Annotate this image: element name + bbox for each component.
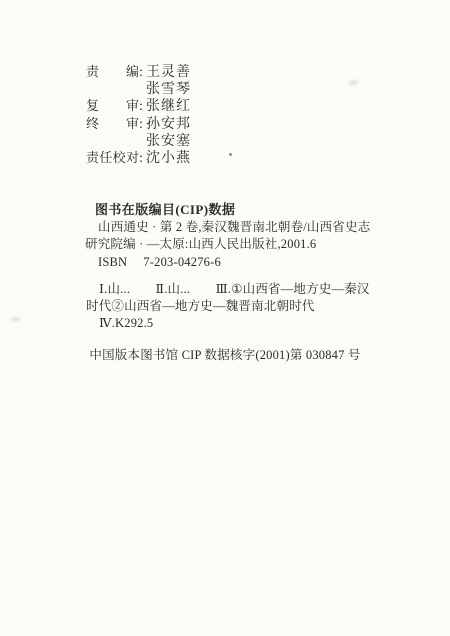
cip-classification-line-3: Ⅳ.K292.5: [86, 315, 370, 332]
staff-role-label: 终审: [86, 113, 139, 132]
cip-classification-line-1: Ⅰ.山... Ⅱ.山... Ⅲ.①山西省—地方史—秦汉: [86, 281, 370, 298]
cip-classification-line-2: 时代②山西省—地方史—魏晋南北朝时代: [86, 298, 370, 315]
staff-row-proofreader: 责任校对:沈小燕: [86, 147, 191, 164]
cip-classification-block: Ⅰ.山... Ⅱ.山... Ⅲ.①山西省—地方史—秦汉 时代②山西省—地方史—魏…: [86, 281, 370, 333]
cip-registry-number: 中国版本图书馆 CIP 数据核字(2001)第 030847 号: [0, 345, 450, 363]
staff-role-label: 复审: [86, 95, 139, 114]
staff-role-label: 责编: [86, 61, 139, 80]
cip-isbn-line: ISBN 7-203-04276-6: [85, 254, 370, 271]
staff-row-final-reviewer: 终审:孙安邦: [86, 113, 191, 130]
staff-separator: :: [139, 151, 146, 167]
staff-separator: :: [139, 65, 146, 81]
scan-speck-dot: [229, 153, 232, 156]
cip-publisher-line: 研究院编 · —太原:山西人民出版社,2001.6: [85, 236, 370, 253]
colophon-staff-block: 责编:王灵善 张雪琴 复审:张继红 终审:孙安邦 张安塞 责任校对:沈小燕: [86, 61, 191, 164]
cip-record-block: 山西通史 · 第 2 卷,秦汉魏晋南北朝卷/山西省史志 研究院编 · —太原:山…: [85, 219, 370, 271]
scan-speck-right: [349, 80, 358, 85]
scanned-book-page: 责编:王灵善 张雪琴 复审:张继红 终审:孙安邦 张安塞 责任校对:沈小燕 图书…: [0, 0, 450, 636]
staff-separator: :: [139, 117, 146, 133]
staff-name: 沈小燕: [146, 147, 191, 167]
staff-role-label: 责任校对: [86, 147, 139, 166]
cip-title-line: 山西通史 · 第 2 卷,秦汉魏晋南北朝卷/山西省史志: [85, 219, 370, 236]
cip-heading: 图书在版编目(CIP)数据: [95, 199, 235, 218]
scan-speck-left: [11, 317, 20, 322]
staff-separator: :: [139, 99, 146, 115]
staff-row-editor: 责编:王灵善: [86, 61, 191, 78]
staff-row-reviewer: 复审:张继红: [86, 95, 191, 112]
